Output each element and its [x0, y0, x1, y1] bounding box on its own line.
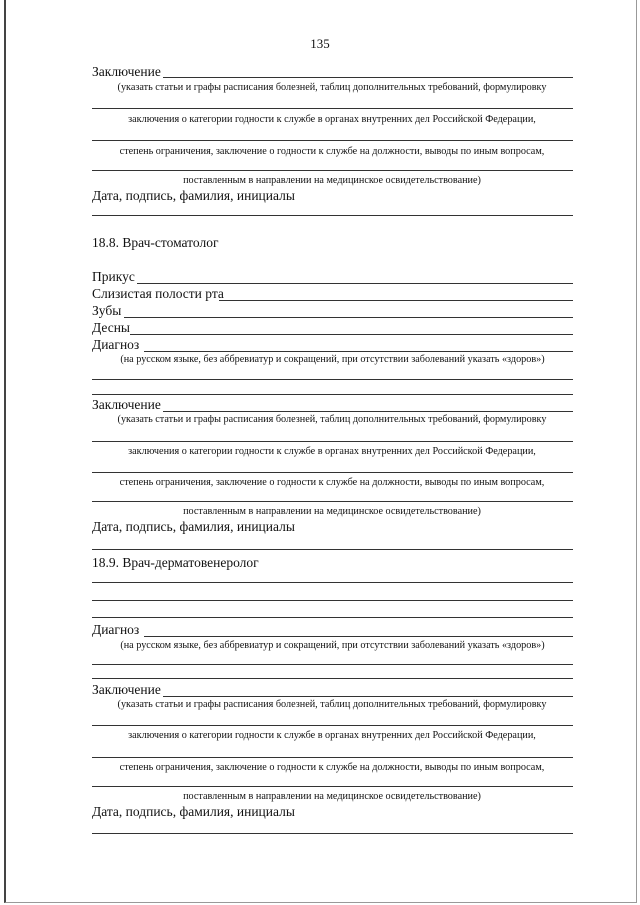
conclusion-label: Заключение: [92, 64, 161, 80]
conclusion-field[interactable]: [163, 411, 573, 412]
conclusion-hint-2: заключения о категории годности к службе…: [92, 114, 572, 125]
signature-label: Дата, подпись, фамилия, инициалы: [92, 188, 295, 204]
conclusion-field[interactable]: [163, 77, 573, 78]
field-label-oral-mucosa: Слизистая полости рта: [92, 286, 224, 302]
conclusion-line-2[interactable]: [92, 725, 573, 726]
conclusion-hint-1: (указать статьи и графы расписания болез…: [92, 699, 572, 710]
diagnosis-hint: (на русском языке, без аббревиатур и сок…: [92, 354, 573, 365]
conclusion-field[interactable]: [163, 696, 573, 697]
signature-label: Дата, подпись, фамилия, инициалы: [92, 804, 295, 820]
conclusion-line-2[interactable]: [92, 441, 573, 442]
conclusion-hint-3: степень ограничения, заключение о годнос…: [92, 146, 572, 157]
diagnosis-line-3[interactable]: [92, 394, 573, 395]
signature-line[interactable]: [92, 215, 573, 216]
conclusion-label: Заключение: [92, 682, 161, 698]
field-label-gums: Десны: [92, 320, 130, 336]
signature-line[interactable]: [92, 833, 573, 834]
exam-line-1[interactable]: [92, 582, 573, 583]
conclusion-hint-4: поставленным в направлении на медицинско…: [92, 791, 572, 802]
conclusion-hint-1: (указать статьи и графы расписания болез…: [92, 82, 572, 93]
conclusion-line-4[interactable]: [92, 501, 573, 502]
page-number: 135: [0, 36, 640, 52]
conclusion-line-3[interactable]: [92, 757, 573, 758]
field-label-diagnosis: Диагноз: [92, 337, 139, 353]
conclusion-line-3[interactable]: [92, 472, 573, 473]
conclusion-hint-3: степень ограничения, заключение о годнос…: [92, 762, 572, 773]
section-heading-18-8: 18.8. Врач-стоматолог: [92, 235, 218, 251]
diagnosis-field[interactable]: [144, 351, 573, 352]
field-label-diagnosis: Диагноз: [92, 622, 139, 638]
exam-line-3[interactable]: [92, 617, 573, 618]
conclusion-label: Заключение: [92, 397, 161, 413]
conclusion-line-3[interactable]: [92, 140, 573, 141]
section-heading-18-9: 18.9. Врач-дерматовенеролог: [92, 555, 259, 571]
conclusion-line-4[interactable]: [92, 786, 573, 787]
conclusion-hint-4: поставленным в направлении на медицинско…: [92, 175, 572, 186]
gums-field[interactable]: [130, 334, 573, 335]
oral-mucosa-field[interactable]: [219, 300, 573, 301]
exam-line-2[interactable]: [92, 600, 573, 601]
conclusion-hint-4: поставленным в направлении на медицинско…: [92, 506, 572, 517]
diagnosis-line-3[interactable]: [92, 678, 573, 679]
conclusion-hint-3: степень ограничения, заключение о годнос…: [92, 477, 572, 488]
diagnosis-field[interactable]: [144, 636, 573, 637]
diagnosis-line-2[interactable]: [92, 664, 573, 665]
conclusion-hint-2: заключения о категории годности к службе…: [92, 730, 572, 741]
signature-line[interactable]: [92, 549, 573, 550]
conclusion-line-4[interactable]: [92, 170, 573, 171]
conclusion-line-2[interactable]: [92, 108, 573, 109]
signature-label: Дата, подпись, фамилия, инициалы: [92, 519, 295, 535]
teeth-field[interactable]: [124, 317, 573, 318]
conclusion-hint-2: заключения о категории годности к службе…: [92, 446, 572, 457]
conclusion-hint-1: (указать статьи и графы расписания болез…: [92, 414, 572, 425]
bite-field[interactable]: [137, 283, 573, 284]
diagnosis-line-2[interactable]: [92, 379, 573, 380]
diagnosis-hint: (на русском языке, без аббревиатур и сок…: [92, 640, 573, 651]
field-label-bite: Прикус: [92, 269, 135, 285]
field-label-teeth: Зубы: [92, 303, 121, 319]
